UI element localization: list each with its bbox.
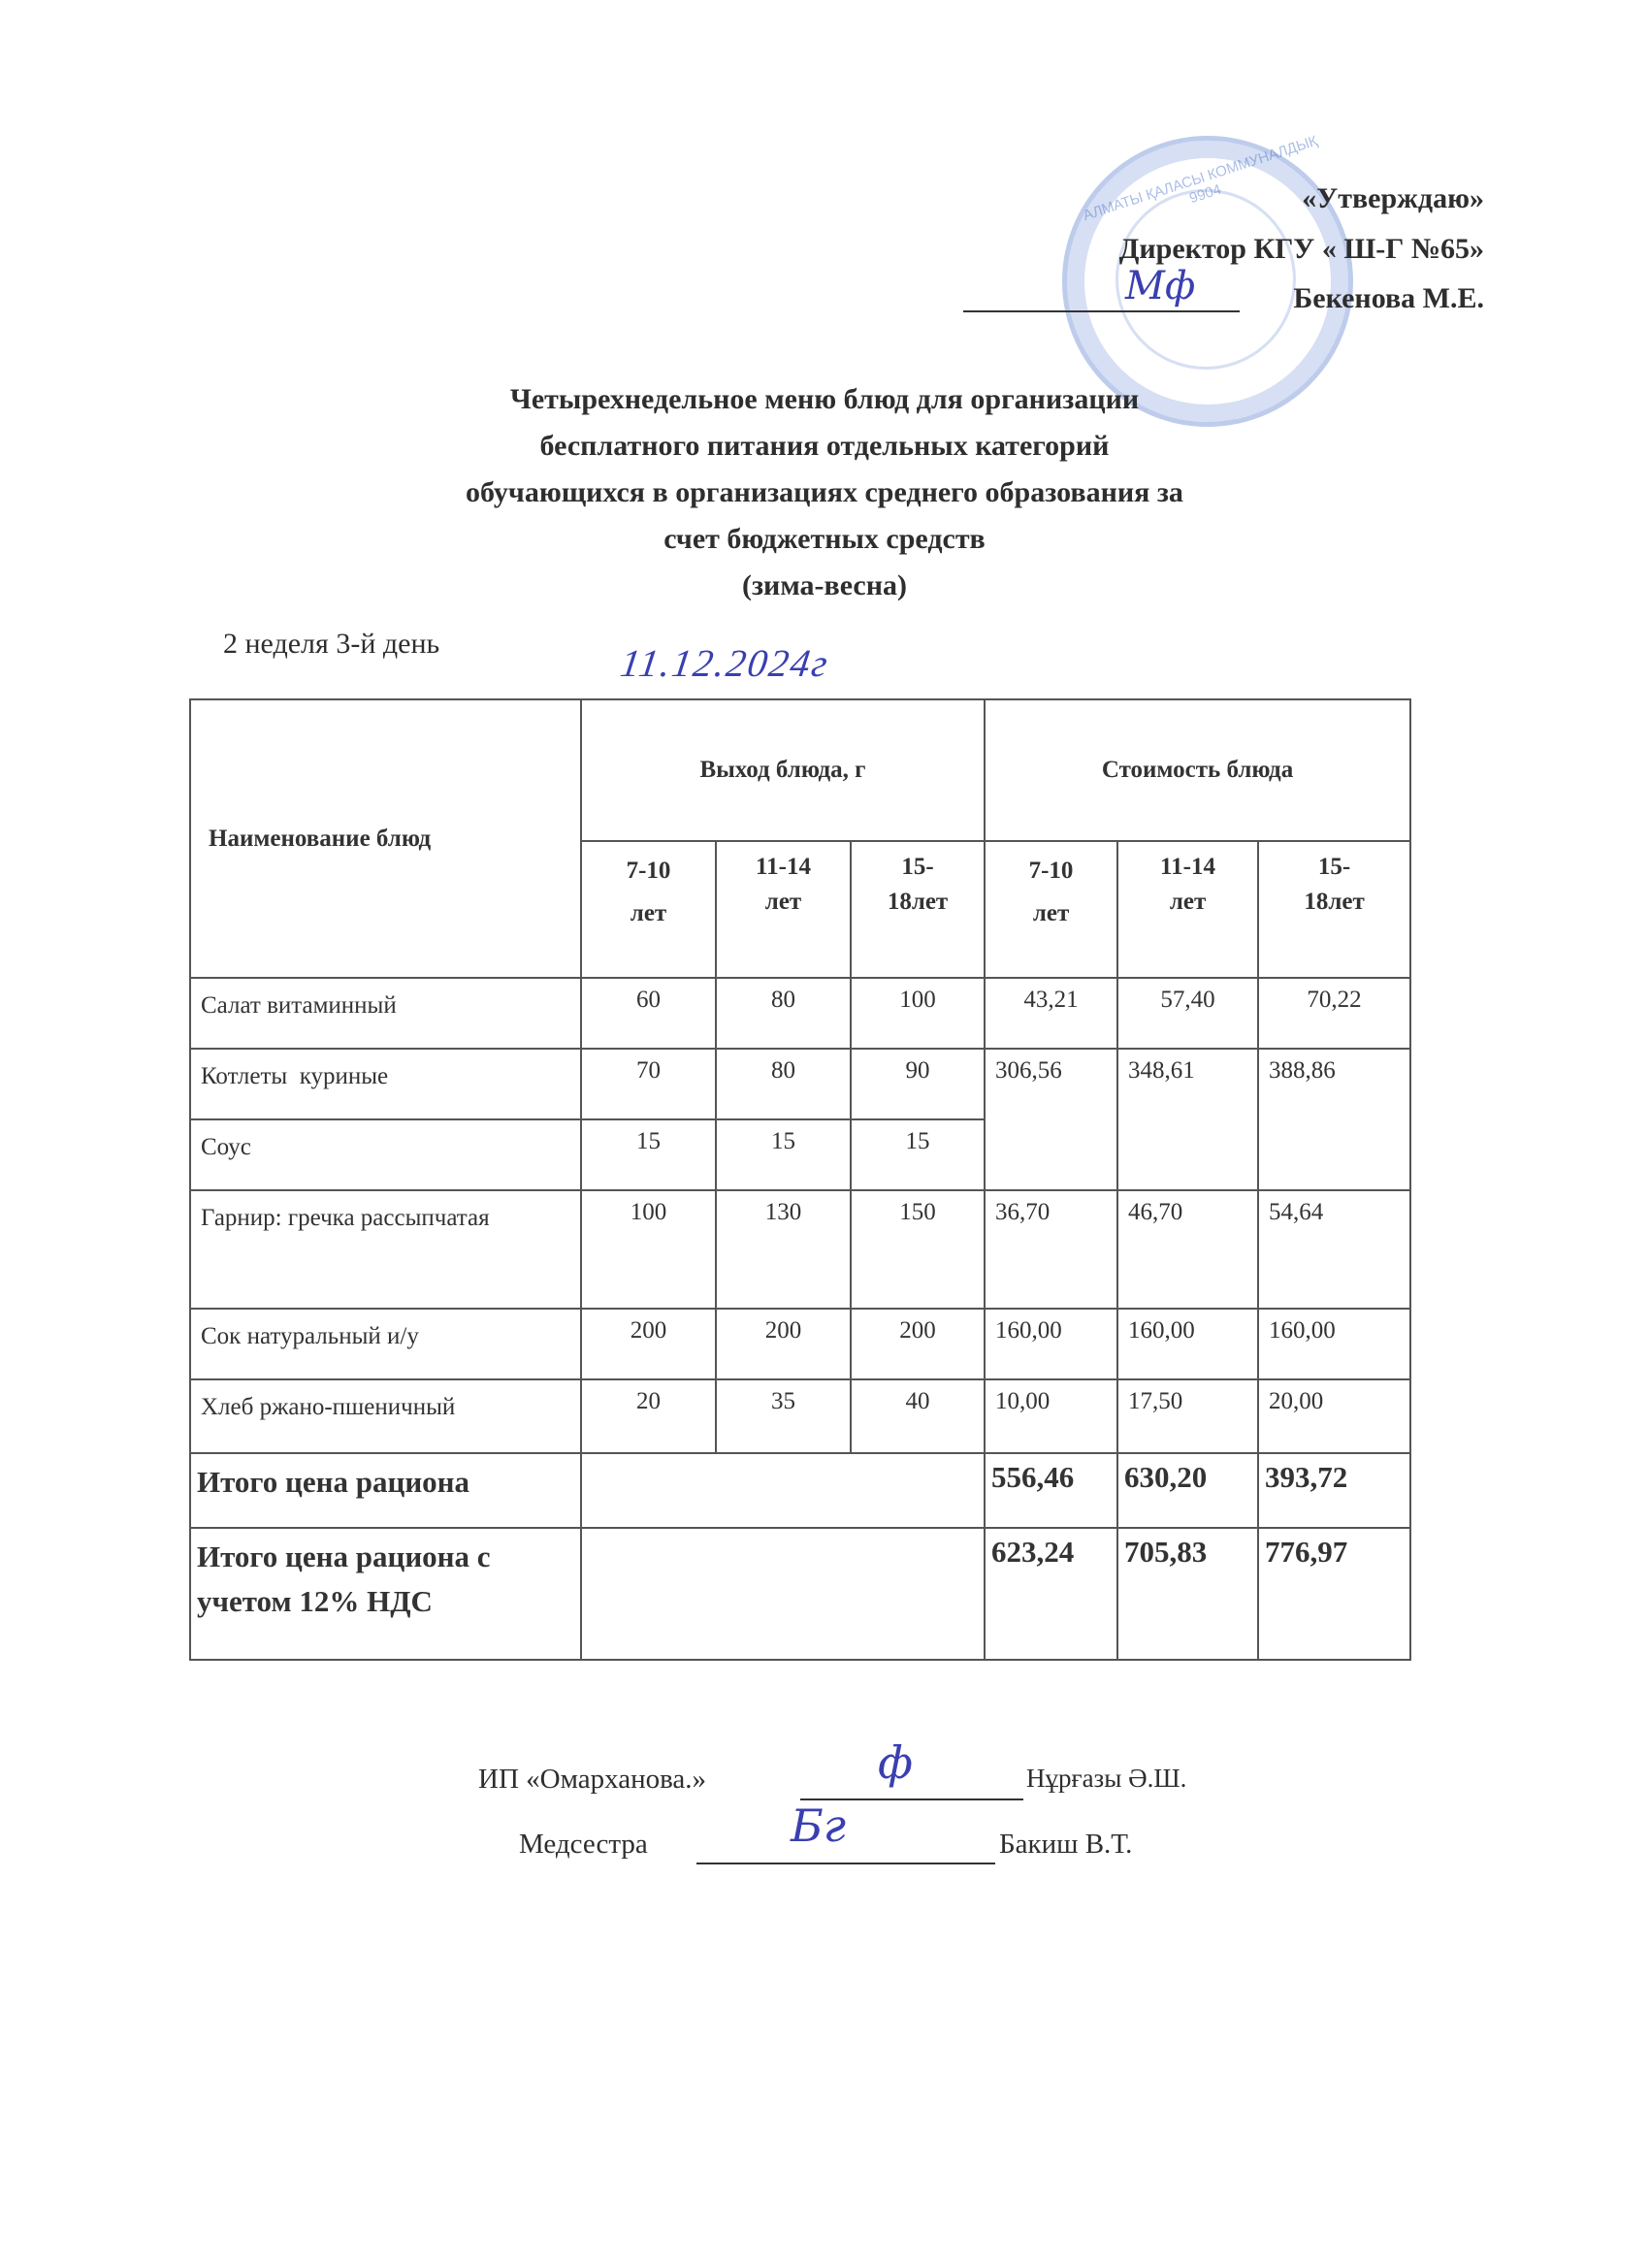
- week-day-label: 2 неделя 3-й день: [223, 628, 439, 661]
- director-signature-line: [963, 310, 1240, 312]
- dish-name: Салат витаминный: [190, 978, 581, 1049]
- yield-value: 90: [851, 1049, 985, 1119]
- cost-age-15-18: 15-18лет: [1258, 841, 1410, 978]
- table-row: Салат витаминный 60 80 100 43,21 57,40 7…: [190, 978, 1410, 1049]
- total-label: Итого цена рациона: [190, 1453, 581, 1528]
- table-row: Гарнир: гречка рассыпчатая 100 130 150 3…: [190, 1190, 1410, 1309]
- yield-age-7-10: 7-10лет: [581, 841, 716, 978]
- document-title-line-3: обучающихся в организациях среднего обра…: [0, 473, 1649, 512]
- cost-value: 348,61: [1117, 1049, 1258, 1190]
- supplier-role: ИП «Омарханова.»: [478, 1764, 706, 1796]
- table-row: Котлеты куриные 70 80 90 306,56 348,61 3…: [190, 1049, 1410, 1119]
- cost-value: 306,56: [985, 1049, 1117, 1190]
- dish-name-header: Наименование блюд: [190, 699, 581, 978]
- document-title-line-2: бесплатного питания отдельных категорий: [0, 427, 1649, 466]
- dish-name: Хлеб ржано-пшеничный: [190, 1379, 581, 1453]
- cost-value: 17,50: [1117, 1379, 1258, 1453]
- cost-value: 43,21: [985, 978, 1117, 1049]
- dish-name: Сок натуральный и/у: [190, 1309, 581, 1379]
- table-row: Сок натуральный и/у 200 200 200 160,00 1…: [190, 1309, 1410, 1379]
- cost-value: 46,70: [1117, 1190, 1258, 1309]
- cost-age-7-10: 7-10лет: [985, 841, 1117, 978]
- yield-value: 15: [716, 1119, 851, 1190]
- yield-value: 100: [581, 1190, 716, 1309]
- total-value: 556,46: [985, 1453, 1117, 1528]
- yield-value: 20: [581, 1379, 716, 1453]
- total-vat-empty-cell: [581, 1528, 985, 1660]
- total-value: 630,20: [1117, 1453, 1258, 1528]
- cost-value: 54,64: [1258, 1190, 1410, 1309]
- cost-value: 160,00: [1117, 1309, 1258, 1379]
- document-title-line-1: Четырехнедельное меню блюд для организац…: [0, 380, 1649, 419]
- document-title-season: (зима-весна): [0, 567, 1649, 605]
- yield-value: 200: [581, 1309, 716, 1379]
- cost-value: 160,00: [985, 1309, 1117, 1379]
- cost-value: 160,00: [1258, 1309, 1410, 1379]
- total-vat-value: 776,97: [1258, 1528, 1410, 1660]
- yield-value: 130: [716, 1190, 851, 1309]
- menu-table: Наименование блюд Выход блюда, г Стоимос…: [189, 698, 1411, 1661]
- yield-value: 100: [851, 978, 985, 1049]
- director-title: Директор КГУ « Ш-Г №65»: [1119, 230, 1484, 269]
- table-row: Хлеб ржано-пшеничный 20 35 40 10,00 17,5…: [190, 1379, 1410, 1453]
- cost-value: 57,40: [1117, 978, 1258, 1049]
- dish-name: Котлеты куриные: [190, 1049, 581, 1119]
- cost-header: Стоимость блюда: [985, 699, 1410, 841]
- yield-value: 15: [851, 1119, 985, 1190]
- cost-age-11-14: 11-14лет: [1117, 841, 1258, 978]
- yield-value: 80: [716, 978, 851, 1049]
- yield-value: 40: [851, 1379, 985, 1453]
- director-name: Бекенова М.Е.: [1293, 279, 1484, 318]
- total-vat-row: Итого цена рациона с учетом 12% НДС 623,…: [190, 1528, 1410, 1660]
- total-vat-value: 623,24: [985, 1528, 1117, 1660]
- yield-value: 35: [716, 1379, 851, 1453]
- cost-value: 10,00: [985, 1379, 1117, 1453]
- yield-header: Выход блюда, г: [581, 699, 985, 841]
- yield-value: 70: [581, 1049, 716, 1119]
- director-signature: Mф: [1125, 264, 1195, 308]
- total-vat-label: Итого цена рациона с учетом 12% НДС: [190, 1528, 581, 1660]
- total-vat-value: 705,83: [1117, 1528, 1258, 1660]
- cost-value: 70,22: [1258, 978, 1410, 1049]
- nurse-role: Медсестра: [519, 1829, 648, 1861]
- total-value: 393,72: [1258, 1453, 1410, 1528]
- yield-value: 150: [851, 1190, 985, 1309]
- yield-age-11-14: 11-14лет: [716, 841, 851, 978]
- dish-name: Гарнир: гречка рассыпчатая: [190, 1190, 581, 1309]
- nurse-signature-line: [696, 1863, 995, 1864]
- approve-word: «Утверждаю»: [1302, 179, 1484, 218]
- total-empty-cell: [581, 1453, 985, 1528]
- yield-value: 200: [716, 1309, 851, 1379]
- yield-value: 60: [581, 978, 716, 1049]
- cost-value: 388,86: [1258, 1049, 1410, 1190]
- total-row: Итого цена рациона 556,46 630,20 393,72: [190, 1453, 1410, 1528]
- supplier-name: Нұрғазы Ә.Ш.: [1026, 1764, 1186, 1794]
- nurse-name: Бакиш В.Т.: [999, 1829, 1132, 1861]
- nurse-signature: Бг: [791, 1799, 846, 1852]
- dish-name: Соус: [190, 1119, 581, 1190]
- yield-value: 15: [581, 1119, 716, 1190]
- yield-value: 200: [851, 1309, 985, 1379]
- cost-value: 20,00: [1258, 1379, 1410, 1453]
- document-title-line-4: счет бюджетных средств: [0, 520, 1649, 559]
- yield-value: 80: [716, 1049, 851, 1119]
- yield-age-15-18: 15-18лет: [851, 841, 985, 978]
- supplier-signature: ф: [878, 1736, 913, 1789]
- cost-value: 36,70: [985, 1190, 1117, 1309]
- handwritten-date: 11.12.2024г: [618, 640, 832, 686]
